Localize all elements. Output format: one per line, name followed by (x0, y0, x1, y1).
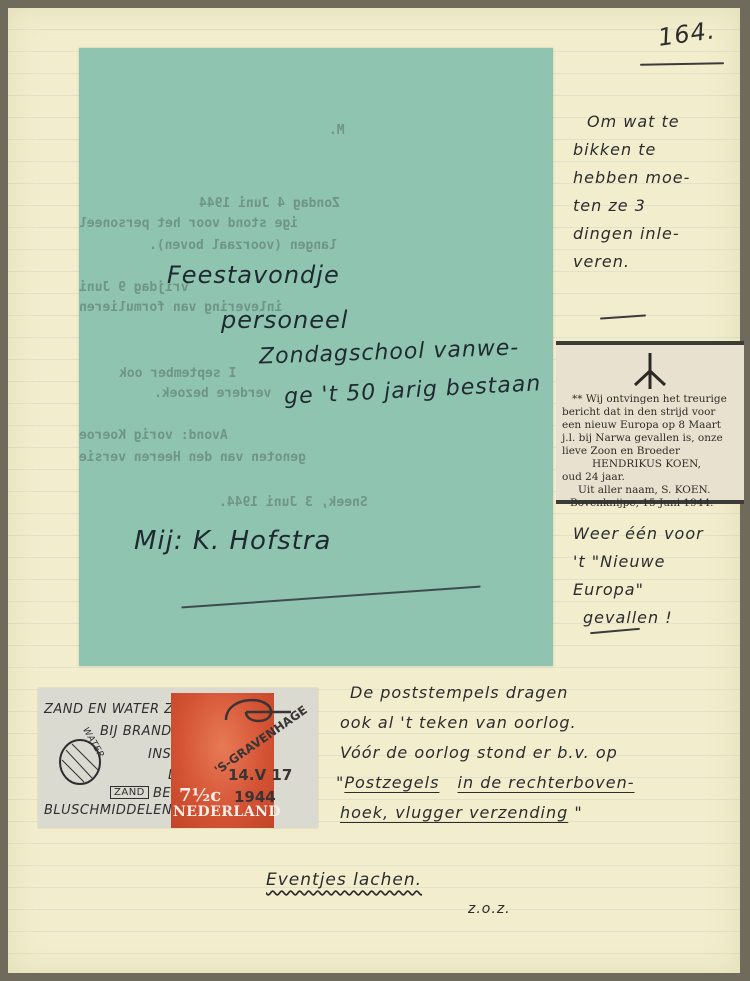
typed-text-bleed: langen (voorzaal boven). (149, 238, 337, 253)
note-line: Om wat te (573, 108, 690, 136)
note-bottom: De poststempels dragen ook al 't teken v… (350, 678, 635, 828)
note-line: dingen inle- (573, 220, 690, 248)
todesrune-icon (630, 351, 670, 391)
handwriting-line-2: personeel (221, 306, 348, 334)
stamp-value: 7½c (179, 785, 221, 806)
note-line: 't "Nieuwe Europa" (573, 548, 740, 604)
note-quote-line: hoek, vlugger verzending " (340, 798, 635, 828)
typed-text-bleed: Sneek, 3 Juni 1944. (219, 495, 368, 510)
quote-postzegels: Postzegels (344, 773, 439, 792)
note-line: hebben moe- (573, 164, 690, 192)
page-number-underline (640, 62, 724, 65)
typed-text-bleed: M. (329, 123, 345, 138)
slogan-line: BLUSCHMIDDELEN (44, 803, 172, 818)
note-right-top: Om wat te bikken te hebben moe- ten ze 3… (573, 108, 690, 276)
quote-vlugger: hoek, vlugger verzending (340, 803, 568, 822)
note-line: ook al 't teken van oorlog. (340, 708, 635, 738)
drum-label-sand: ZAND (110, 786, 149, 799)
deceased-age: oud 24 jaar. (562, 471, 738, 484)
notice-line: j.l. bij Narwa gevallen is, onze (562, 432, 738, 445)
typed-text-bleed: I september ook (119, 366, 236, 381)
note-right-bottom: Weer één voor 't "Nieuwe Europa" gevalle… (573, 520, 740, 632)
handwriting-line-4: ge 't 50 jarig bestaan (284, 371, 542, 409)
typed-text-bleed: Zondag 4 Juni 1944 (199, 196, 340, 211)
note-line: bikken te (573, 136, 690, 164)
note-line: gevallen ! (573, 604, 740, 632)
note-line: ten ze 3 (573, 192, 690, 220)
note-line: Vóór de oorlog stond er b.v. op (340, 738, 635, 768)
postmark-date: 14.V 17 (228, 766, 292, 784)
signature-underline (181, 586, 480, 608)
handwriting-line-1: Feestavondje (167, 261, 340, 289)
deceased-name: HENDRIKUS KOEN, (562, 458, 738, 471)
handwriting-line-3: Zondagschool vanwe- (259, 335, 520, 369)
typed-text-bleed: verdere bezoek. (154, 386, 271, 401)
note-line: De poststempels dragen (350, 678, 635, 708)
note-line: veren. (573, 248, 690, 276)
quote-rechterboven: in de rechterboven- (458, 773, 635, 792)
turn-over-note: z.o.z. (468, 901, 511, 917)
scrapbook-page: 164. M. Zondag 4 Juni 1944 ige stond voo… (8, 8, 740, 973)
notice-line: een nieuw Europa op 8 Maart (562, 419, 738, 432)
typed-text-bleed: ige stond voor het personeel (79, 216, 298, 231)
death-notice-clipping: ** Wij ontvingen het treurige bericht da… (556, 341, 744, 504)
closing-line: Eventjes lachen. (266, 870, 422, 890)
divider-line (600, 314, 646, 319)
typed-text-bleed: Avond: vorig Koeroe (79, 428, 228, 443)
notice-line: lieve Zoon en Broeder (562, 445, 738, 458)
stamp-country: NEDERLAND (173, 804, 272, 820)
signature: Mij: K. Hofstra (134, 526, 331, 556)
postmark-year: 1944 (234, 788, 276, 806)
notice-line: bericht dat in den strijd voor (562, 406, 738, 419)
blue-sheet: M. Zondag 4 Juni 1944 ige stond voor het… (79, 48, 553, 666)
notice-line: ** Wij ontvingen het treurige (562, 393, 738, 406)
notice-signed: Uit aller naam, S. KOEN. (562, 484, 738, 497)
quote-mark: " (574, 803, 582, 822)
typed-text-bleed: genoten van den Heeren versie (79, 450, 306, 465)
note-quote-line: "Postzegels in de rechterboven- (336, 768, 635, 798)
note-line: Weer één voor (573, 520, 740, 548)
stamp-cutout: ZAND EN WATER ZIJN BIJ BRANDBOM INSLAG D… (38, 688, 318, 828)
notice-place-date: Bovenknijpe, 15 Juni 1944. (562, 497, 738, 510)
page-number: 164. (656, 16, 717, 52)
